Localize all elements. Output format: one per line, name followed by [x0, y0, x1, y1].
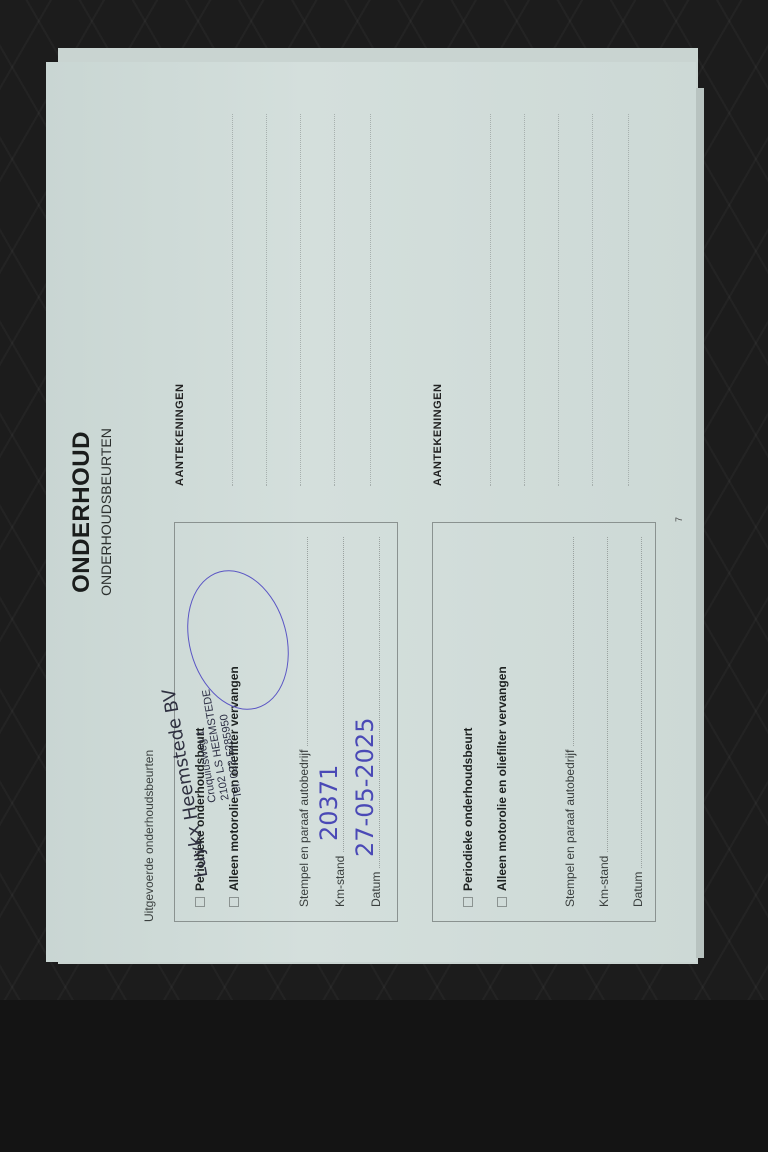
stamp-field: Stempel en paraaf autobedrijf — [563, 537, 577, 907]
notes-title-1: AANTEKENINGEN — [174, 384, 186, 486]
service-entry-1: Periodieke onderhoudsbeurt Alleen motoro… — [174, 522, 398, 922]
seat-fold — [0, 1000, 768, 1152]
date-field[interactable]: Datum — [631, 537, 645, 907]
section-label: Uitgevoerde onderhoudsbeurten — [142, 750, 156, 922]
km-label: Km-stand — [597, 856, 611, 907]
rotated-page-content: ONDERHOUD ONDERHOUDSBEURTEN Uitgevoerde … — [46, 62, 696, 962]
option-oil-change[interactable]: Alleen motorolie en oliefilter vervangen — [495, 666, 509, 907]
checkbox-icon[interactable] — [195, 897, 205, 907]
date-label: Datum — [369, 872, 383, 907]
notes-line — [300, 114, 301, 486]
notes-line — [524, 114, 525, 486]
date-value: 27-05-2025 — [351, 718, 379, 857]
stamp-field: Stempel en paraaf autobedrijf — [297, 537, 311, 907]
notes-line — [628, 114, 629, 486]
km-field[interactable]: Km-stand — [333, 537, 347, 907]
km-value: 20371 — [315, 765, 343, 841]
option-periodic-service[interactable]: Periodieke onderhoudsbeurt — [461, 728, 475, 907]
notes-line — [490, 114, 491, 486]
page-number: 7 — [674, 517, 684, 522]
km-label: Km-stand — [333, 856, 347, 907]
option-label: Alleen motorolie en oliefilter vervangen — [495, 666, 509, 891]
date-label: Datum — [631, 872, 645, 907]
stamp-label: Stempel en paraaf autobedrijf — [297, 750, 311, 907]
notes-line — [232, 114, 233, 486]
service-entry-2: Periodieke onderhoudsbeurt Alleen motoro… — [432, 522, 656, 922]
checkbox-icon[interactable] — [497, 897, 507, 907]
notes-line — [334, 114, 335, 486]
notes-line — [592, 114, 593, 486]
checkbox-icon[interactable] — [229, 897, 239, 907]
checkbox-icon[interactable] — [463, 897, 473, 907]
option-label: Periodieke onderhoudsbeurt — [461, 728, 475, 891]
page-subtitle: ONDERHOUDSBEURTEN — [98, 62, 114, 962]
notes-title-2: AANTEKENINGEN — [432, 384, 444, 486]
booklet-page: ONDERHOUD ONDERHOUDSBEURTEN Uitgevoerde … — [46, 62, 696, 962]
stamp-label: Stempel en paraaf autobedrijf — [563, 750, 577, 907]
notes-line — [266, 114, 267, 486]
notes-line — [370, 114, 371, 486]
page-title: ONDERHOUD — [68, 62, 96, 962]
km-field[interactable]: Km-stand — [597, 537, 611, 907]
notes-line — [558, 114, 559, 486]
